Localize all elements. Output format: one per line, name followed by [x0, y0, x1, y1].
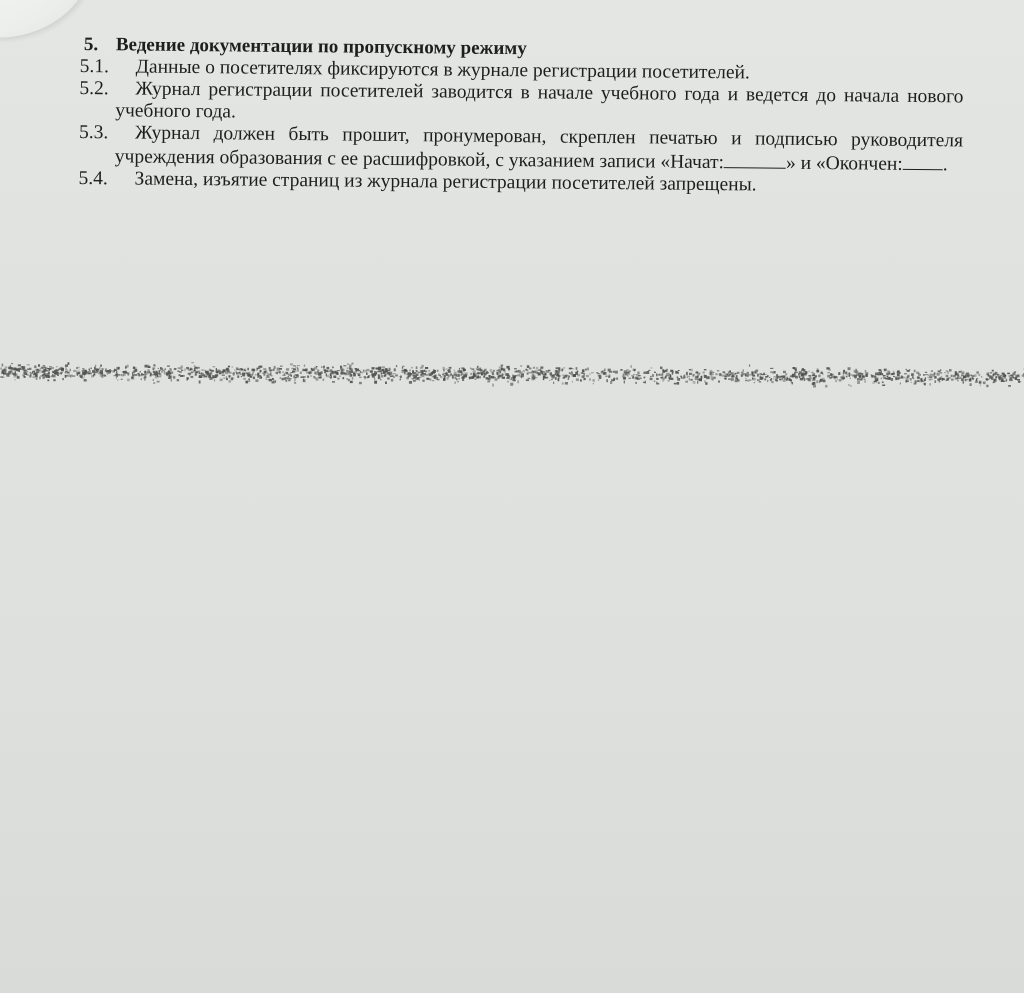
started-blank-line [724, 150, 786, 169]
ended-blank-line [903, 152, 943, 170]
ended-close: . [943, 154, 948, 175]
section-title: Ведение документации по пропускному режи… [116, 34, 527, 59]
item-number: 5.2. [79, 78, 131, 100]
document-page: 5.Ведение документации по пропускному ре… [83, 34, 964, 198]
section-number: 5. [84, 34, 116, 56]
started-close: » и «Окончен: [786, 153, 903, 175]
item-number: 5.1. [80, 56, 132, 78]
item-number: 5.4. [79, 168, 131, 190]
item-text-wrap: Журнал должен быть прошит, пронумерован,… [115, 122, 963, 176]
item-number: 5.3. [79, 122, 131, 144]
printer-toner-streak [0, 356, 1024, 391]
started-label: «Начат: [660, 152, 724, 174]
